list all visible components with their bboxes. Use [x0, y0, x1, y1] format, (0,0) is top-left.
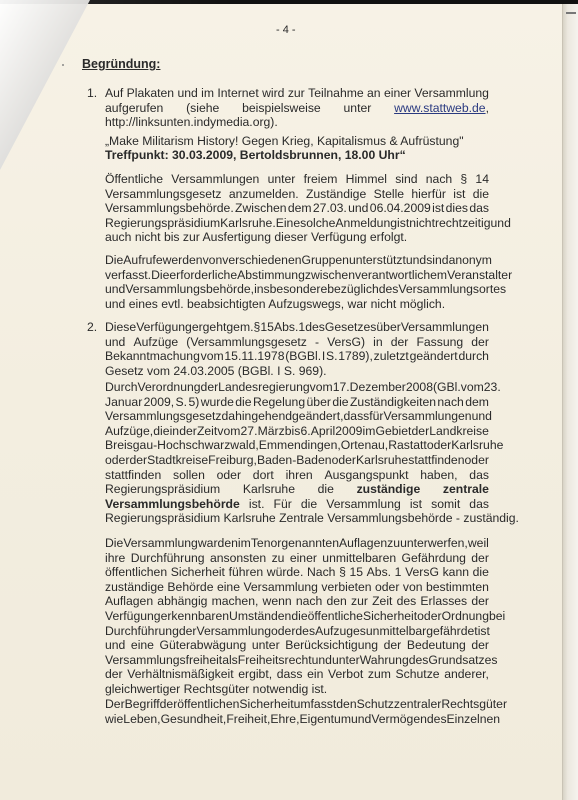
- word: abhängig: [157, 594, 207, 608]
- word: Freiheitsrecht: [238, 653, 312, 667]
- word: Gebiet: [375, 424, 411, 438]
- word: 23.: [484, 380, 501, 394]
- word: Öffentliche: [105, 172, 163, 186]
- word: I: [322, 349, 325, 363]
- word: Gesetzes: [325, 320, 376, 334]
- word: Grundsatzes: [428, 653, 497, 667]
- word: ist: [432, 201, 444, 215]
- text-line: undAufzüge(Versammlungsgesetz-VersG)inde…: [105, 335, 489, 349]
- word: sind: [395, 172, 417, 186]
- word: Zwischen: [235, 201, 286, 215]
- word: Versammlungsgesetz: [105, 187, 222, 201]
- word: Verfügung: [105, 609, 161, 623]
- word: unter: [332, 653, 360, 667]
- word: Versammlungsbehörde.: [105, 201, 234, 215]
- word: §: [339, 565, 346, 579]
- word: Sicherheit: [171, 565, 225, 579]
- word: wurde: [201, 395, 234, 409]
- word: Stadtkreise: [147, 453, 208, 467]
- page-number: - 4 -: [276, 24, 296, 36]
- word: Emmendingen,: [259, 438, 341, 452]
- word: 2009,: [144, 395, 175, 409]
- word: Tenor: [251, 536, 282, 550]
- text-line: und eines evtl. beabsichtigten Aufzugswe…: [105, 297, 445, 311]
- text-line: stattfindensollenoderdortihrenAusgangspu…: [105, 468, 489, 482]
- text-line: DieAufrufewerdenvonverschiedenenGruppenu…: [105, 253, 489, 267]
- word: das: [469, 497, 489, 511]
- word: die: [153, 424, 169, 438]
- word: zu: [387, 536, 400, 550]
- word: Landkreise: [429, 424, 489, 438]
- word: stattfinden: [408, 453, 464, 467]
- word: ansonsten: [210, 551, 266, 565]
- word: VersG: [405, 565, 439, 579]
- word: gefährdet: [426, 624, 478, 638]
- page-edge-shadow: [562, 0, 578, 800]
- text-line: Gesetz vom 24.03.2005 (BGBl. I S. 969).: [105, 364, 327, 378]
- word: Eigentum: [299, 712, 351, 726]
- word: 15: [260, 320, 274, 334]
- word: (BGBl.: [285, 349, 321, 363]
- word: verantwortlichem: [355, 268, 447, 282]
- word: Auflagen: [339, 536, 387, 550]
- word: der: [471, 594, 489, 608]
- word: genannten: [281, 536, 339, 550]
- word: Ehre,: [270, 712, 299, 726]
- word: kann: [443, 565, 469, 579]
- word: Fassung: [416, 335, 463, 349]
- word: verschiedenen: [222, 253, 301, 267]
- word: dem: [288, 201, 312, 215]
- word: Eine: [276, 216, 300, 230]
- word: nach: [296, 594, 322, 608]
- word: Auf: [105, 86, 123, 100]
- word: zwischen: [305, 268, 355, 282]
- word: die: [473, 187, 489, 201]
- word: und: [105, 335, 125, 349]
- text-line-url: http://linksunten.indymedia.org).: [105, 115, 278, 129]
- word: für: [369, 409, 383, 423]
- word: Teilnahme: [308, 86, 364, 100]
- text-line: DerBegriffderöffentlichenSicherheitumfas…: [105, 697, 489, 711]
- word: sind: [426, 253, 448, 267]
- word: Aufzuges: [315, 624, 366, 638]
- word: Freiburg,: [208, 453, 257, 467]
- word: Stelle: [374, 187, 405, 201]
- word: in: [170, 424, 180, 438]
- word: dort: [253, 468, 274, 482]
- text-line: Aufzüge,dieinderZeitvom27.Märzbis6.April…: [105, 424, 489, 438]
- word: anzumelden.: [229, 187, 299, 201]
- word: Für: [274, 497, 292, 511]
- word: Versammlungsfreiheit: [105, 653, 222, 667]
- word: Wahrung: [360, 653, 409, 667]
- word: unterstützt: [349, 253, 406, 267]
- word: anonym: [449, 253, 492, 267]
- word: nicht: [409, 216, 435, 230]
- word: haben,: [420, 468, 457, 482]
- word: Veranstalter: [447, 268, 512, 282]
- word: April: [311, 424, 335, 438]
- word: an: [367, 86, 381, 100]
- word: oder: [375, 580, 399, 594]
- word: Plakaten: [127, 86, 174, 100]
- word: führen: [229, 565, 264, 579]
- text-line: Bekanntmachungvom15.11.1978(BGBl.IS.1789…: [105, 349, 489, 363]
- link-wrap: www.stattweb.de,: [394, 101, 489, 115]
- word: vom: [310, 380, 333, 394]
- word: ergibt,: [238, 667, 272, 681]
- word: einer: [290, 551, 317, 565]
- word: dass: [344, 409, 370, 423]
- word: der: [160, 697, 178, 711]
- word: die: [332, 395, 348, 409]
- text-line: RegierungspräsidiumKarlsruhe.EinesolcheA…: [105, 216, 489, 230]
- bold-word: zentrale: [443, 482, 489, 496]
- word: dass: [277, 667, 303, 681]
- word: ein: [307, 667, 323, 681]
- word: zur: [351, 594, 368, 608]
- word: Die: [151, 268, 169, 282]
- word: ist: [478, 624, 490, 638]
- word: Versammlung: [414, 86, 489, 100]
- word: §: [460, 172, 467, 186]
- word: Verbot: [328, 667, 363, 681]
- word: 17.: [333, 380, 350, 394]
- word: stattfinden: [105, 468, 161, 482]
- word: umfasst: [294, 697, 337, 711]
- word: VersG): [327, 335, 365, 349]
- word: §: [254, 320, 261, 334]
- word: Schutze: [396, 667, 440, 681]
- word: Vermögen: [371, 712, 427, 726]
- word: Versammlung: [326, 497, 401, 511]
- word: der: [129, 453, 147, 467]
- word: der: [179, 424, 197, 438]
- word: 15: [349, 565, 363, 579]
- word: und: [348, 201, 368, 215]
- word: des: [427, 712, 447, 726]
- word: Regierungspräsidium: [105, 482, 220, 496]
- word: dem: [465, 395, 489, 409]
- word: beispielsweise: [242, 101, 321, 115]
- word: Behörde: [167, 580, 213, 594]
- word: über: [376, 320, 400, 334]
- word: der: [384, 638, 402, 652]
- text-line: Breisgau-Hochschwarzwald,Emmendingen,Ort…: [105, 438, 489, 452]
- word: der: [471, 335, 489, 349]
- text-line: ihreDurchführungansonstenzueinerunmittel…: [105, 551, 489, 565]
- word: Regelung: [253, 395, 305, 409]
- word: dahingehend: [222, 409, 293, 423]
- word: ist: [410, 497, 422, 511]
- word: Verfügung: [136, 320, 192, 334]
- word: Gesundheit,: [161, 712, 227, 726]
- word: erkennbaren: [161, 609, 229, 623]
- word: Ordnung: [442, 609, 489, 623]
- word: sollen: [173, 468, 205, 482]
- word: Bekanntmachung: [105, 349, 200, 363]
- word: März: [258, 424, 285, 438]
- word: der: [179, 624, 197, 638]
- word: des: [397, 594, 417, 608]
- word: Dezember: [350, 380, 406, 394]
- word: Umständen: [229, 609, 291, 623]
- word: oder: [465, 453, 489, 467]
- word: der: [471, 551, 489, 565]
- word: Verhältnismäßigkeit: [127, 667, 233, 681]
- text-line: Versammlungsgesetzdahingehendgeändert,da…: [105, 409, 489, 423]
- word: machen,: [212, 594, 259, 608]
- word: oder: [417, 609, 441, 623]
- word: Freiheit,: [226, 712, 270, 726]
- word: Gefährdung: [402, 551, 466, 565]
- word: Versammlung: [123, 536, 198, 550]
- word: öffentlichen: [105, 565, 167, 579]
- word: ihren: [286, 468, 313, 482]
- text-line: derVerhältnismäßigkeitergibt,dasseinVerb…: [105, 667, 489, 681]
- punctuation: ,: [486, 101, 489, 115]
- text-line: Versammlungsgesetzanzumelden.ZuständigeS…: [105, 187, 489, 201]
- word: Rechtsgüter: [441, 697, 507, 711]
- word: insbesondere: [254, 282, 327, 296]
- word: in: [373, 335, 383, 349]
- word: 15.11.1978: [224, 349, 284, 363]
- word: aufgerufen: [105, 101, 163, 115]
- word: des: [295, 624, 315, 638]
- word: Versammlungen: [401, 320, 489, 334]
- word: Himmel: [346, 172, 387, 186]
- word: Bedeutung: [407, 638, 466, 652]
- word: 27.03.: [313, 201, 347, 215]
- word: und: [312, 653, 332, 667]
- word: Verordnung: [138, 380, 201, 394]
- word: im: [363, 424, 376, 438]
- word: 2009: [335, 424, 362, 438]
- text-line: VersammlungsfreiheitalsFreiheitsrechtund…: [105, 653, 489, 667]
- word: weil: [468, 536, 489, 550]
- word: Versammlungsbehörde,: [125, 282, 254, 296]
- word: hierfür: [411, 187, 446, 201]
- word: und: [105, 638, 125, 652]
- word: den: [218, 536, 238, 550]
- word: bei: [489, 609, 505, 623]
- word: würde.: [267, 565, 304, 579]
- word: den: [336, 697, 356, 711]
- word: im: [201, 86, 214, 100]
- word: Zeit: [372, 594, 392, 608]
- word: Diese: [105, 320, 136, 334]
- word: werden: [163, 253, 203, 267]
- word: Karlsruhe: [243, 482, 295, 496]
- word: unter: [252, 638, 280, 652]
- word: Internet: [217, 86, 258, 100]
- word: Der: [105, 697, 125, 711]
- text-line: undVersammlungsbehörde,insbesonderebezüg…: [105, 282, 489, 296]
- word: von: [403, 580, 423, 594]
- word: der: [391, 335, 409, 349]
- word: der: [412, 424, 430, 438]
- word: Durch: [105, 380, 138, 394]
- quote-meeting: Treffpunkt: 30.03.2009, Bertoldsbrunnen,…: [105, 148, 406, 162]
- word: Erlasses: [420, 594, 467, 608]
- word: Landesregierung: [218, 380, 309, 394]
- word: (siehe: [186, 101, 219, 115]
- word: Karlsruhe: [356, 453, 408, 467]
- text-line: undeineGüterabwägungunterBerücksichtigun…: [105, 638, 489, 652]
- word: unterwerfen,: [400, 536, 468, 550]
- word: die: [318, 482, 334, 496]
- word: S.: [176, 395, 188, 409]
- word: Nach: [307, 565, 335, 579]
- word: Ortenau,: [341, 438, 388, 452]
- word: das: [469, 201, 489, 215]
- word: gem.: [226, 320, 253, 334]
- word: zur: [288, 86, 305, 100]
- word: im: [238, 536, 251, 550]
- word: Abstimmung: [237, 268, 305, 282]
- word: und: [472, 409, 492, 423]
- word: dies: [446, 201, 468, 215]
- word: ist: [397, 216, 409, 230]
- word: war: [198, 536, 218, 550]
- word: der: [201, 380, 219, 394]
- word: Durchführung: [131, 551, 205, 565]
- word: nach: [426, 172, 452, 186]
- word: des: [305, 320, 325, 334]
- word: oder: [217, 468, 241, 482]
- word: von: [203, 253, 223, 267]
- text-line: ÖffentlicheVersammlungenunterfreiemHimme…: [105, 172, 489, 186]
- word: des: [379, 282, 399, 296]
- word: oder: [105, 453, 129, 467]
- word: Abs.: [274, 320, 298, 334]
- word: Berücksichtigung: [285, 638, 378, 652]
- text-line: wieLeben,Gesundheit,Freiheit,Ehre,Eigent…: [105, 712, 489, 726]
- word: Versammlung: [196, 624, 271, 638]
- word: einer: [384, 86, 411, 100]
- word: zum: [368, 667, 391, 681]
- word: wird: [262, 86, 284, 100]
- text-line: öffentlichenSicherheitführenwürde.Nach§1…: [105, 565, 489, 579]
- text-line: oderderStadtkreiseFreiburg,Baden-Badenod…: [105, 453, 489, 467]
- text-line: zuständigeBehördeeineVersammlungverbiete…: [105, 580, 489, 594]
- word: Regierungspräsidium: [105, 216, 220, 230]
- word: Leben,: [123, 712, 160, 726]
- word: 1: [395, 565, 402, 579]
- word: Güterabwägung: [160, 638, 247, 652]
- word: bezüglich: [327, 282, 379, 296]
- word: geändert: [410, 349, 458, 363]
- word: Begriff: [125, 697, 160, 711]
- word: der: [471, 638, 489, 652]
- link-stattweb[interactable]: www.stattweb.de: [394, 101, 485, 115]
- word: eine: [217, 580, 240, 594]
- word: (Versammlungsgesetz: [186, 335, 307, 349]
- word: zentraler: [394, 697, 441, 711]
- word: Versammlungen: [171, 172, 259, 186]
- word: Zeit: [197, 424, 217, 438]
- word: Gruppen: [302, 253, 349, 267]
- word: erforderliche: [169, 268, 237, 282]
- word: als: [222, 653, 238, 667]
- word: rechtzeitig: [435, 216, 491, 230]
- word: die: [301, 497, 317, 511]
- word: bestimmten: [426, 580, 489, 594]
- word: der: [105, 667, 123, 681]
- word: 6.: [300, 424, 310, 438]
- bold-word: Versammlungsbehörde: [105, 497, 240, 511]
- word: Aufzüge: [133, 335, 178, 349]
- word: freiem: [304, 172, 338, 186]
- word: 5): [188, 395, 199, 409]
- word: zu: [272, 551, 285, 565]
- word: Sicherheit: [239, 697, 293, 711]
- word: unmittelbar: [366, 624, 426, 638]
- word: 1789),: [338, 349, 373, 363]
- word: 14: [475, 172, 489, 186]
- text-line: DurchführungderVersammlungoderdesAufzuge…: [105, 624, 489, 638]
- word: ist.: [249, 497, 265, 511]
- word: Karlsruhe: [451, 438, 503, 452]
- word: Einzelnen: [447, 712, 501, 726]
- text-line: RegierungspräsidiumKarlsruhediezuständig…: [105, 482, 489, 496]
- word: vom: [461, 380, 484, 394]
- word: die: [473, 565, 489, 579]
- word: öffentliche: [308, 609, 363, 623]
- word: Karlsruhe.: [220, 216, 276, 230]
- word: Baden-Baden: [257, 453, 332, 467]
- text-line: auch nicht bis zur Ausfertigung dieser V…: [105, 230, 407, 244]
- word: 1: [298, 320, 305, 334]
- list-number-1: 1.: [87, 86, 97, 100]
- word: zuletzt: [374, 349, 409, 363]
- word: ist: [453, 187, 465, 201]
- word: Aufzüge,: [105, 424, 153, 438]
- text-line: DurchVerordnungderLandesregierungvom17.D…: [105, 380, 489, 394]
- word: Schutz: [357, 697, 394, 711]
- word: Versammlungsortes: [398, 282, 506, 296]
- word: die: [235, 395, 251, 409]
- word: durch: [458, 349, 489, 363]
- word: Sicherheit: [363, 609, 417, 623]
- word: das: [469, 468, 489, 482]
- word: oder: [427, 438, 451, 452]
- text-line: VerfügungerkennbarenUmständendieöffentli…: [105, 609, 489, 623]
- word: wenn: [263, 594, 292, 608]
- word: Breisgau-Hochschwarzwald,: [105, 438, 259, 452]
- word: (GBl.: [433, 380, 461, 394]
- word: und: [491, 216, 511, 230]
- word: Die: [105, 253, 123, 267]
- word: vom: [217, 424, 240, 438]
- text-line: Auflagenabhängigmachen,wennnachdenzurZei…: [105, 594, 489, 608]
- word: ihre: [105, 551, 125, 565]
- word: oder: [271, 624, 295, 638]
- word: verfasst.: [105, 268, 151, 282]
- word: Abs.: [367, 565, 391, 579]
- word: Ausgangspunkt: [324, 468, 408, 482]
- word: Durchführung: [105, 624, 179, 638]
- word: Auflagen: [105, 594, 153, 608]
- word: 27.: [241, 424, 258, 438]
- word: und: [351, 712, 371, 726]
- word: unter: [344, 101, 372, 115]
- word: bis: [285, 424, 301, 438]
- word: 2008: [406, 380, 433, 394]
- word: Versammlung: [243, 580, 318, 594]
- word: Anmeldung: [335, 216, 397, 230]
